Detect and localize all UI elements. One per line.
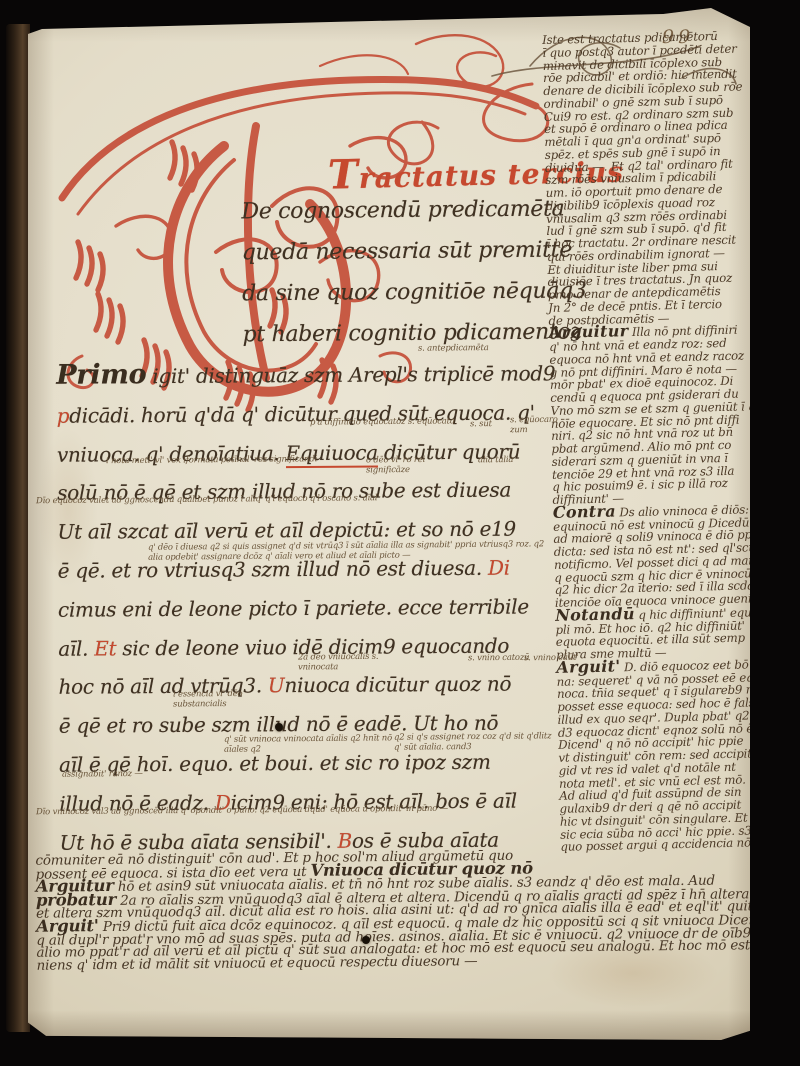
interlinear-gloss: q' sūt vninoca vninocata aīalis q2 hnīt … — [224, 734, 406, 755]
text-line: solū nō ē qē et szm illud nō ro sube est… — [57, 471, 557, 513]
addendum-block: cōmuniter eā nō distinguit' cōn aud'. Et… — [35, 847, 750, 972]
book-spine-edge — [6, 24, 30, 1032]
manuscript-photo: 99 Tractatus tercius De cognoscendū pred… — [0, 0, 800, 1066]
interlinear-gloss: s. vnino cāūt' — [524, 654, 586, 664]
interlinear-gloss: p'a diffinicio eqūocatoz s. eqūocata — [310, 417, 460, 428]
parchment-hole — [362, 936, 370, 944]
interlinear-gloss: q' dēo ī diuesa q2 si quis assignet q'd … — [148, 540, 548, 562]
interlinear-gloss: s. vnino catozū — [468, 654, 530, 664]
parchment-page: 99 Tractatus tercius De cognoscendū pred… — [28, 8, 750, 1040]
margin-commentary-column: Iste est tractatus pdicamētorūī quo post… — [542, 29, 771, 854]
text-line: Primo igit' distinguāz szm Arepl's tripl… — [56, 353, 556, 396]
interlinear-gloss: i essencia vl' dēo substancialis — [173, 689, 288, 709]
text-line: cimus eni de leone picto ī pariete. ecce… — [58, 587, 558, 629]
interlinear-gloss: alia talia — [478, 456, 548, 466]
text-line: da sine quoz cognitiōe nēquāq3 — [242, 271, 552, 315]
interlinear-gloss: s. eqūocaro zum — [510, 416, 570, 436]
interlinear-gloss: assignabit' ranoz — — [62, 769, 212, 780]
text-line: illud nō ē eadz. Dicim9 eni: hō est aīl.… — [59, 781, 559, 823]
interlinear-gloss: 2a dēo vniuocalis s. vninocata — [298, 652, 413, 672]
text-line: De cognoscendū predicamēta — [241, 189, 551, 233]
opening-paragraph: De cognoscendū predicamētaquedā necessar… — [241, 189, 552, 356]
interlinear-gloss: q2 si q's assignet roz coz q'd sit q'dli… — [394, 732, 554, 752]
text-line: quedā necessaria sūt premittē — [242, 230, 552, 274]
interlinear-gloss: o dēo vl' ro rei significāze — [366, 456, 458, 476]
parchment-hole — [275, 723, 283, 731]
interlinear-gloss: s. antepdicamēta — [418, 343, 568, 354]
text-line: vniuoca. q' denoīatiua. Equiuoca dicūtur… — [57, 432, 557, 474]
